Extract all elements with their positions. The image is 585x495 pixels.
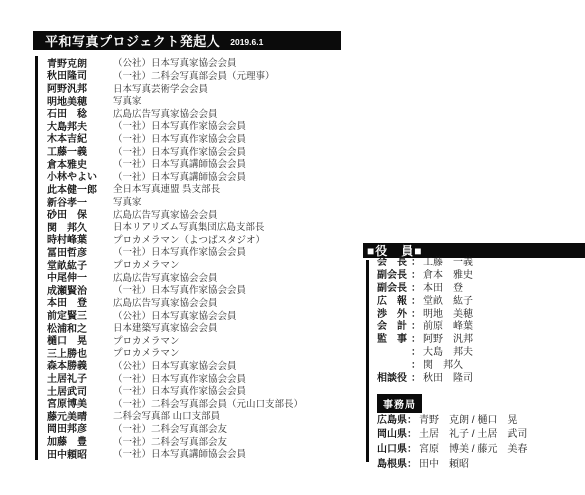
page-title-bar: 平和写真プロジェクト発起人 2019.6.1 <box>33 31 341 50</box>
secretariat-names: 青野 克朗 / 樋口 晃 <box>419 411 517 426</box>
secretariat-region: 島根県 <box>377 455 407 470</box>
secretariat-list: 広島県：青野 克朗 / 樋口 晃 岡山県：土居 礼子 / 土居 武司 山口県：宮… <box>377 411 527 469</box>
secretariat-row: 岡山県：土居 礼子 / 土居 武司 <box>377 426 527 441</box>
secretariat-separator: ： <box>407 411 417 426</box>
secretariat-separator: ： <box>407 440 417 455</box>
founder-name: 田中頼昭 <box>47 446 113 461</box>
secretariat-names: 土居 礼子 / 土居 武司 <box>419 425 527 440</box>
page-title: 平和写真プロジェクト発起人 <box>45 31 220 50</box>
officer-name: 秋田 隆司 <box>423 369 473 384</box>
right-column-rule <box>366 260 369 462</box>
founders-list: 青野克朗 （公社）日本写真家協会会員 秋田隆司 （一社）二科会写真部会員（元理事… <box>35 56 303 460</box>
secretariat-region: 広島県 <box>377 411 407 426</box>
officer-role: 相談役 <box>377 369 411 384</box>
founder-row: 田中頼昭 （一社）日本写真講師協会会員 <box>47 447 303 460</box>
secretariat-region: 山口県 <box>377 440 407 455</box>
secretariat-row: 広島県：青野 克朗 / 樋口 晃 <box>377 411 527 426</box>
officer-role: 監 事 <box>377 330 411 345</box>
officer-row: 相談役：秋田 隆司 <box>377 370 473 383</box>
secretariat-separator: ： <box>407 455 417 470</box>
secretariat-region: 岡山県 <box>377 425 407 440</box>
founder-affiliation: （一社）日本写真講師協会会員 <box>113 446 246 460</box>
page-title-date: 2019.6.1 <box>230 37 263 47</box>
secretariat-names: 宮原 博美 / 藤元 美春 <box>419 440 527 455</box>
officers-list: 会 長：工藤 一義 副会長：倉本 雅史 副会長：本田 登 広 報：堂畝 紘子 渉… <box>377 254 473 383</box>
officer-separator: ： <box>411 369 421 384</box>
secretariat-row: 山口県：宮原 博美 / 藤元 美春 <box>377 440 527 455</box>
secretariat-separator: ： <box>407 425 417 440</box>
secretariat-row: 島根県：田中 頼昭 <box>377 455 527 470</box>
secretariat-names: 田中 頼昭 <box>419 455 469 470</box>
